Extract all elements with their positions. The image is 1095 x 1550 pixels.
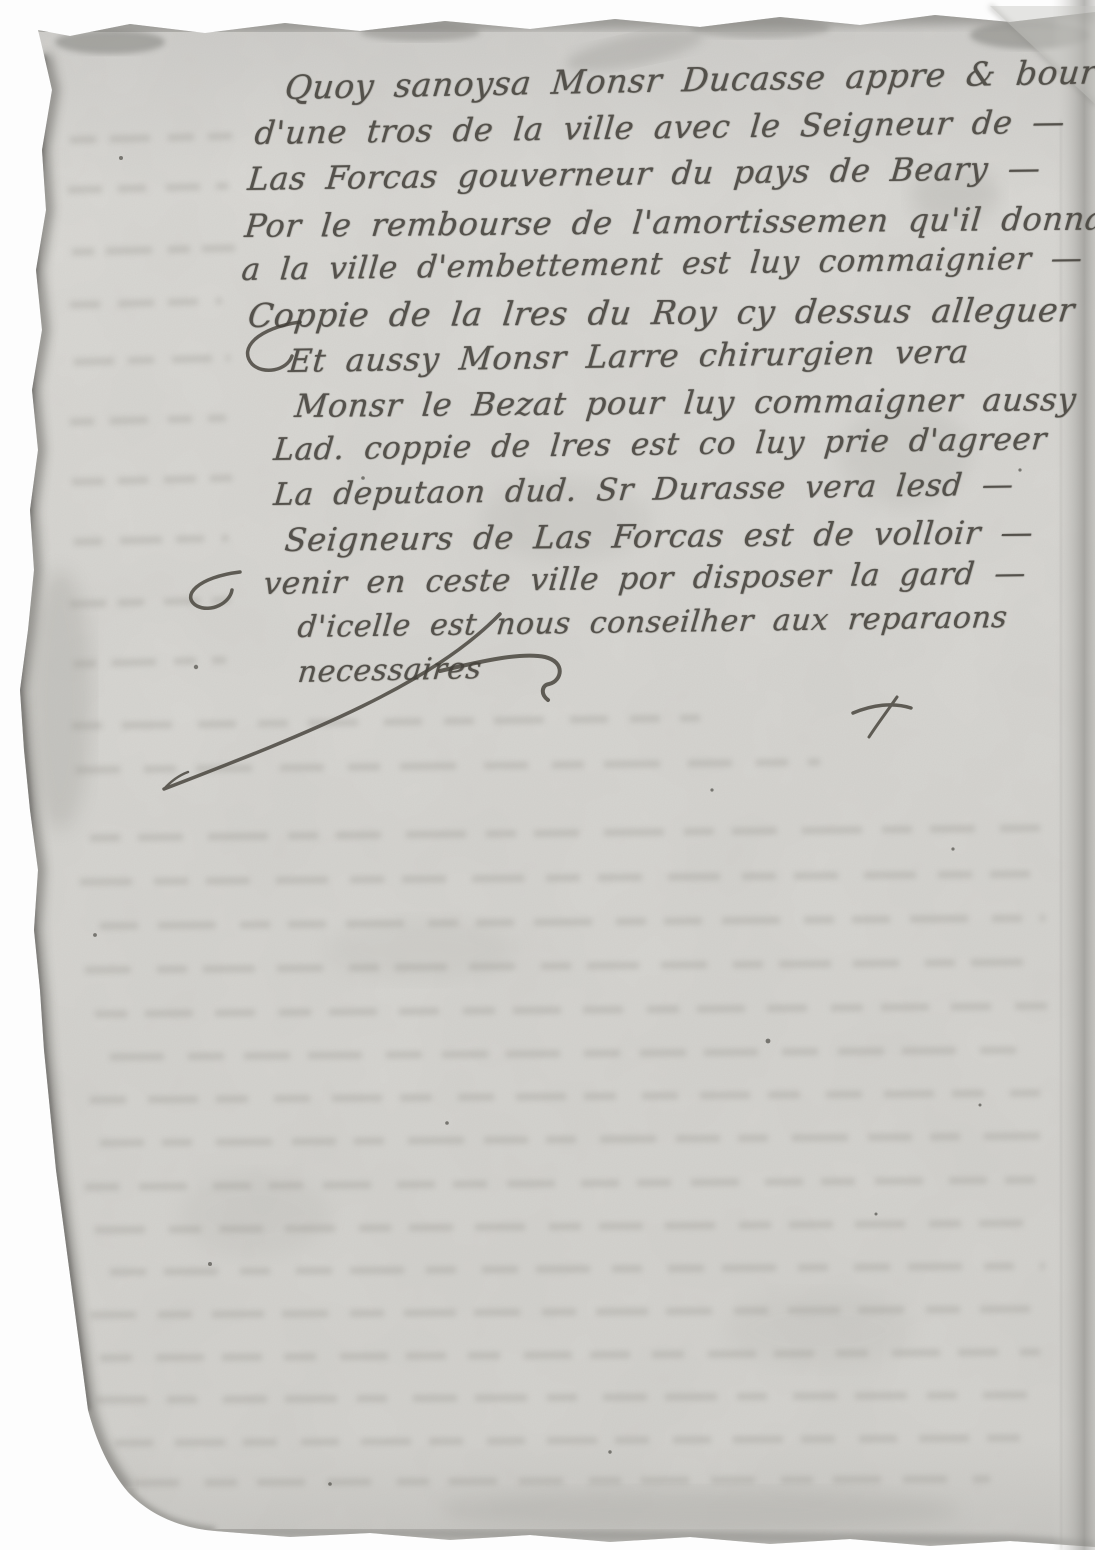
handwriting-line: necessaires (296, 651, 484, 690)
handwriting-line: Lad. coppie de lres est co luy prie d'ag… (272, 421, 1048, 468)
handwriting-line: Et aussy Monsr Larre chirurgien vera (287, 332, 971, 380)
handwriting-line: Las Forcas gouverneur du pays de Beary — (246, 149, 1042, 198)
handwriting-line: a la ville d'embettement est luy commaig… (240, 240, 1084, 288)
handwriting-line: Coppie de la lres du Roy cy dessus alleg… (246, 290, 1077, 335)
handwriting-line: Seigneurs de Las Forcas est de volloir — (283, 513, 1035, 559)
handwriting-line: venir en ceste ville por disposer la gar… (262, 555, 1028, 602)
handwriting-line: d'icelle est nous conseilher aux reparao… (296, 600, 1009, 645)
handwriting-line: d'une tros de la ville avec le Seigneur … (253, 103, 1067, 152)
handwriting-line: Monsr le Bezat pour luy commaigner aussy (293, 380, 1078, 425)
handwriting-line: Por le rembourse de l'amortissemen qu'il… (243, 199, 1095, 245)
handwriting-text-layer: Quoy sanoysa Monsr Ducasse appre & bourg… (0, 0, 1095, 1550)
handwriting-line: Quoy sanoysa Monsr Ducasse appre & bourg… (283, 51, 1095, 107)
handwriting-line: La deputaon dud. Sr Durasse vera lesd — (272, 467, 1015, 513)
manuscript-page-scan: Quoy sanoysa Monsr Ducasse appre & bourg… (0, 0, 1095, 1550)
